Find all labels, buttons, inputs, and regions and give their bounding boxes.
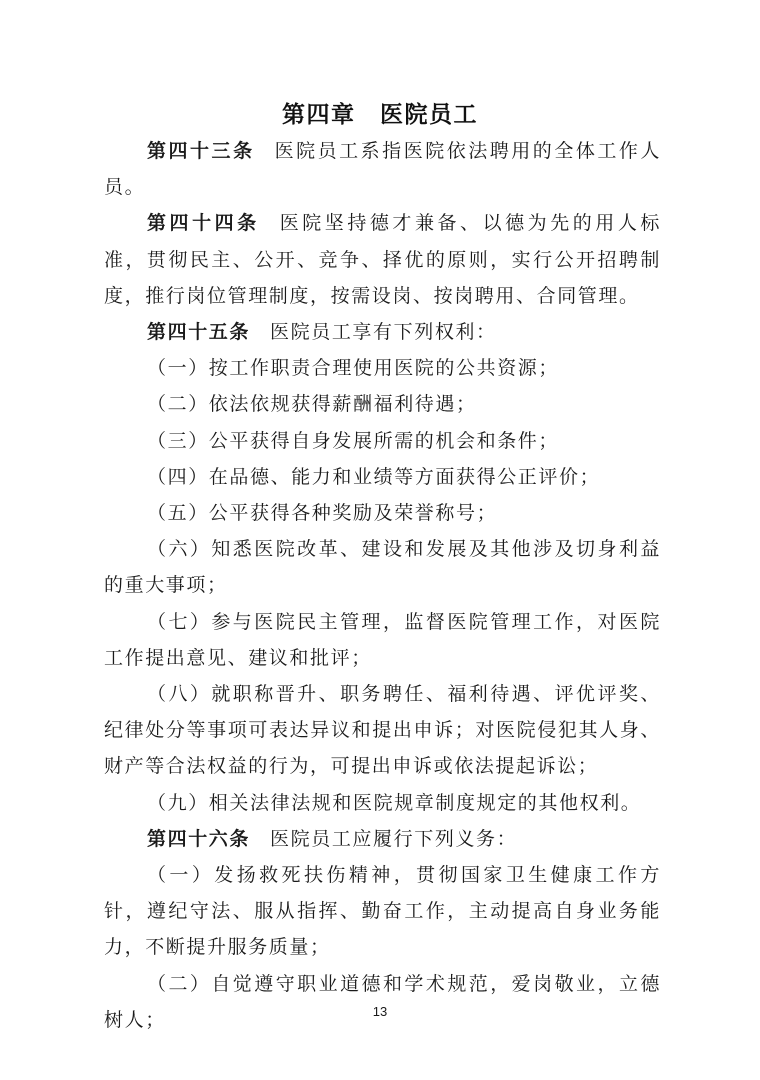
document-body: 第四十三条医院员工系指医院依法聘用的全体工作人员。第四十四条医院坚持德才兼备、以… xyxy=(104,134,661,1039)
paragraph-text: （三）公平获得自身发展所需的机会和条件； xyxy=(147,431,559,452)
article-number-label: 第四十五条 xyxy=(147,322,250,343)
page-number: 13 xyxy=(0,1004,760,1019)
paragraph-text: （八）就职称晋升、职务聘任、福利待遇、评优评奖、纪律处分等事项可表达异议和提出申… xyxy=(104,684,661,777)
article-number-label: 第四十六条 xyxy=(147,829,250,850)
paragraph-text: （二）依法依规获得薪酬福利待遇； xyxy=(147,394,477,415)
paragraph-text: （四）在品德、能力和业绩等方面获得公正评价； xyxy=(147,467,600,488)
list-item-paragraph: （三）公平获得自身发展所需的机会和条件； xyxy=(104,424,661,460)
list-item-paragraph: （七）参与医院民主管理，监督医院管理工作，对医院工作提出意见、建议和批评； xyxy=(104,605,661,677)
paragraph-text: （二）自觉遵守职业道德和学术规范，爱岗敬业，立德树人； xyxy=(104,974,661,1031)
list-item-paragraph: （八）就职称晋升、职务聘任、福利待遇、评优评奖、纪律处分等事项可表达异议和提出申… xyxy=(104,677,661,786)
article-paragraph: 第四十六条医院员工应履行下列义务： xyxy=(104,822,661,858)
paragraph-text: 医院员工应履行下列义务： xyxy=(270,829,517,850)
article-paragraph: 第四十五条医院员工享有下列权利： xyxy=(104,315,661,351)
document-page: 第四章 医院员工 第四十三条医院员工系指医院依法聘用的全体工作人员。第四十四条医… xyxy=(0,0,760,1080)
chapter-title: 第四章 医院员工 xyxy=(0,96,760,129)
list-item-paragraph: （五）公平获得各种奖励及荣誉称号； xyxy=(104,496,661,532)
paragraph-text: （一）按工作职责合理使用医院的公共资源； xyxy=(147,358,559,379)
list-item-paragraph: （六）知悉医院改革、建设和发展及其他涉及切身利益的重大事项； xyxy=(104,532,661,604)
article-paragraph: 第四十四条医院坚持德才兼备、以德为先的用人标准，贯彻民主、公开、竞争、择优的原则… xyxy=(104,206,661,315)
list-item-paragraph: （九）相关法律法规和医院规章制度规定的其他权利。 xyxy=(104,786,661,822)
paragraph-text: （九）相关法律法规和医院规章制度规定的其他权利。 xyxy=(147,793,641,814)
article-number-label: 第四十三条 xyxy=(147,141,255,162)
paragraph-text: （七）参与医院民主管理，监督医院管理工作，对医院工作提出意见、建议和批评； xyxy=(104,612,661,669)
paragraph-text: 医院员工享有下列权利： xyxy=(270,322,497,343)
article-paragraph: 第四十三条医院员工系指医院依法聘用的全体工作人员。 xyxy=(104,134,661,206)
list-item-paragraph: （四）在品德、能力和业绩等方面获得公正评价； xyxy=(104,460,661,496)
list-item-paragraph: （一）发扬救死扶伤精神，贯彻国家卫生健康工作方针，遵纪守法、服从指挥、勤奋工作，… xyxy=(104,858,661,967)
paragraph-text: （六）知悉医院改革、建设和发展及其他涉及切身利益的重大事项； xyxy=(104,539,661,596)
list-item-paragraph: （二）自觉遵守职业道德和学术规范，爱岗敬业，立德树人； xyxy=(104,967,661,1039)
paragraph-text: （一）发扬救死扶伤精神，贯彻国家卫生健康工作方针，遵纪守法、服从指挥、勤奋工作，… xyxy=(104,865,661,958)
list-item-paragraph: （一）按工作职责合理使用医院的公共资源； xyxy=(104,351,661,387)
paragraph-text: （五）公平获得各种奖励及荣誉称号； xyxy=(147,503,497,524)
list-item-paragraph: （二）依法依规获得薪酬福利待遇； xyxy=(104,387,661,423)
article-number-label: 第四十四条 xyxy=(147,213,260,234)
